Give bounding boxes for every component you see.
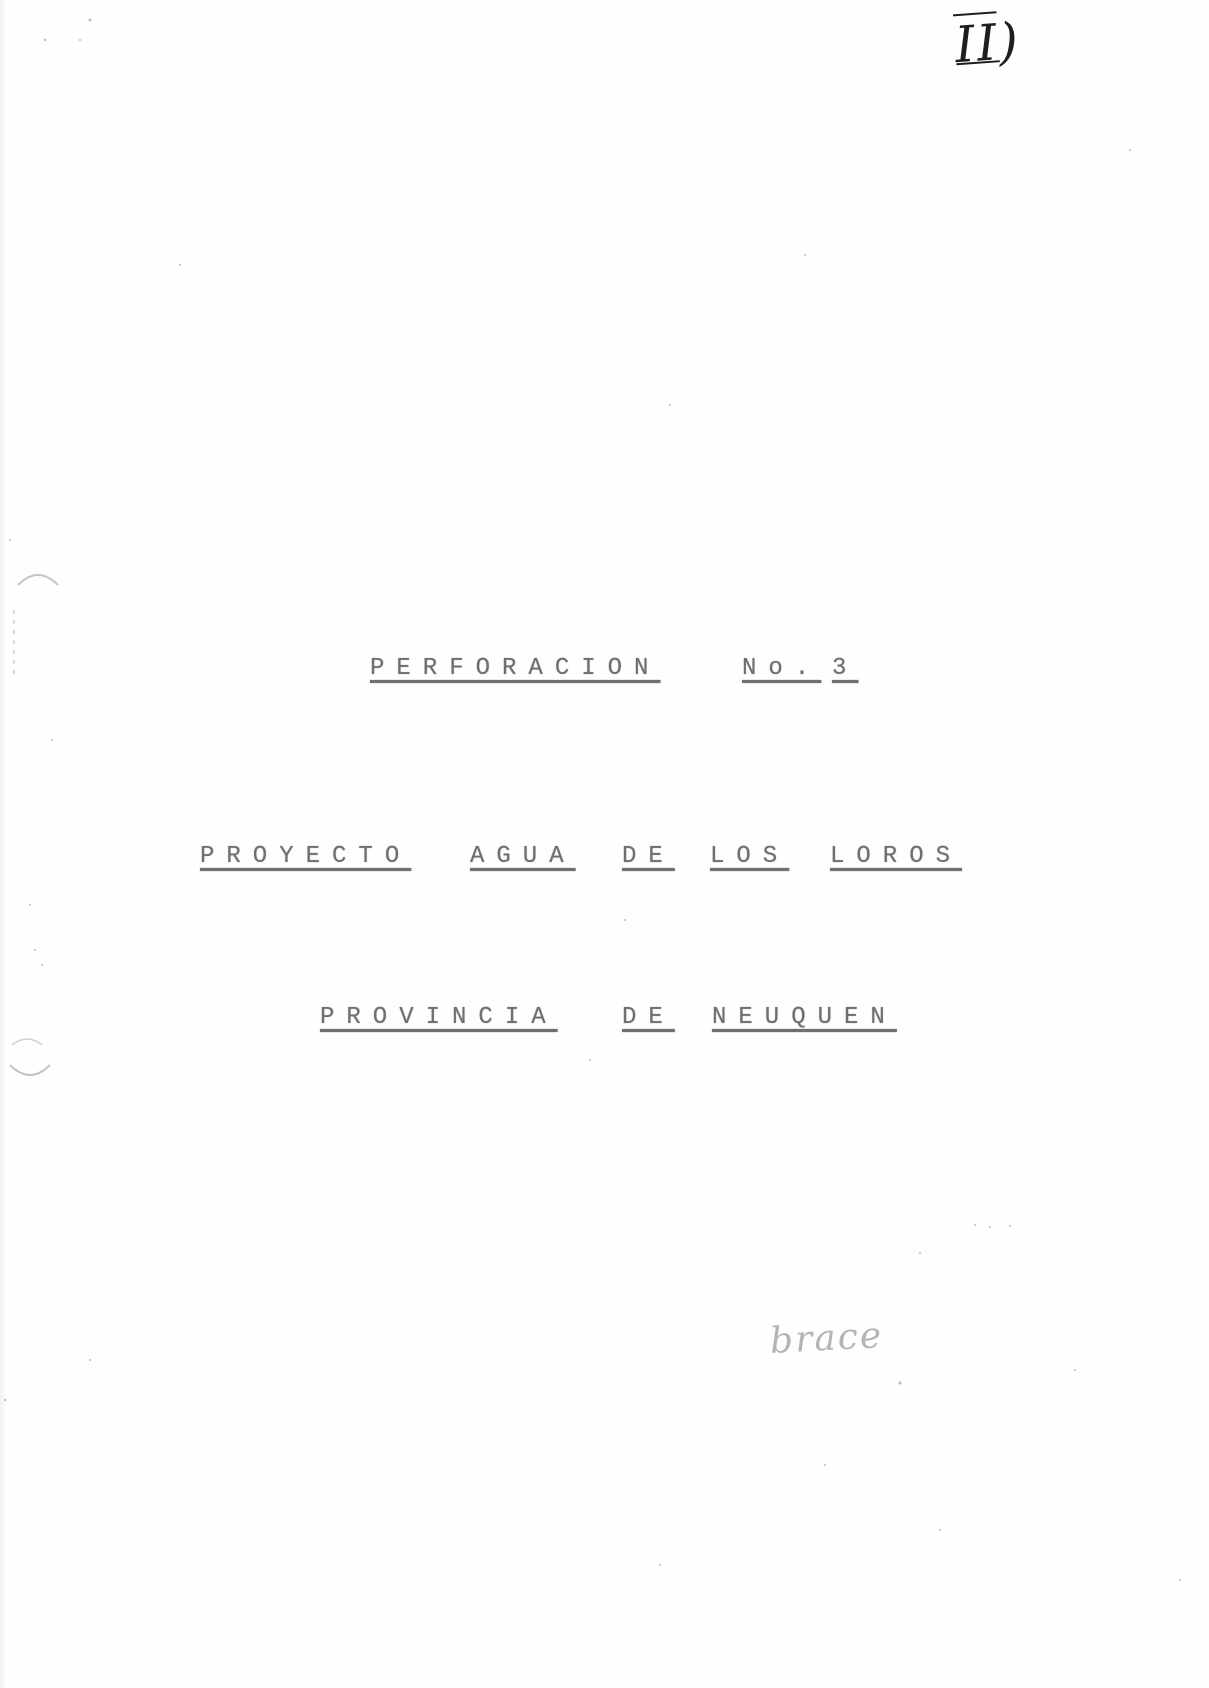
page-edge-shadow	[0, 0, 6, 1688]
title-word: DE	[622, 1004, 675, 1031]
page-marker: II)	[953, 12, 1022, 74]
document-page: II) PERFORACION No. 3 PROYECTO AGUA DE L…	[0, 0, 1209, 1688]
title-word: AGUA	[470, 843, 576, 870]
title-word: PROVINCIA	[320, 1004, 558, 1031]
title-word: LOROS	[830, 843, 962, 870]
page-marker-suffix: )	[996, 12, 1022, 71]
title-word: No.	[742, 655, 821, 682]
title-word: DE	[622, 843, 675, 870]
title-word: 3	[832, 655, 858, 682]
title-word: LOS	[710, 843, 789, 870]
paper-specks	[0, 0, 1209, 1688]
page-marker-numeral: II	[953, 13, 1000, 74]
title-word: PERFORACION	[370, 655, 660, 682]
title-word: PROYECTO	[200, 843, 411, 870]
handwritten-signature: brace	[769, 1315, 884, 1362]
title-word: NEUQUEN	[712, 1004, 897, 1031]
